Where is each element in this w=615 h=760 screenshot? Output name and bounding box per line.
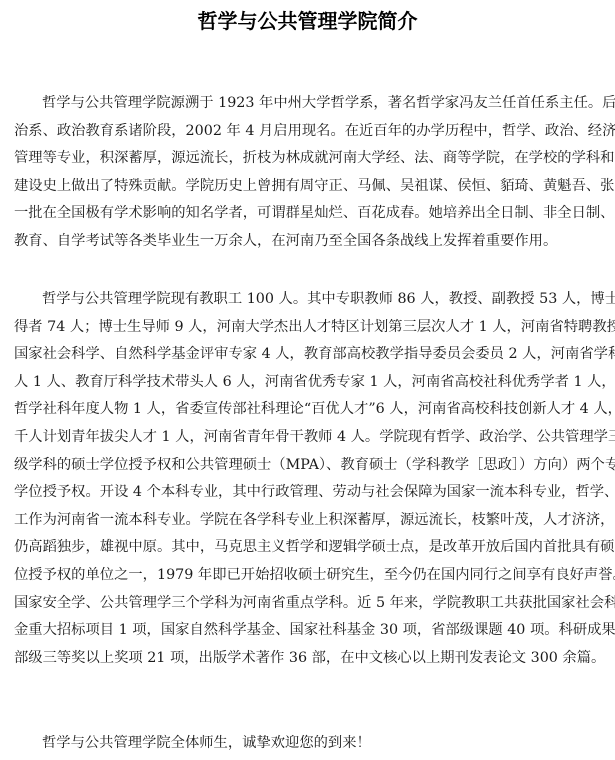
text-line: 国家安全学、公共管理学三个学科为河南省重点学科。近 5 年来，学院教职工共获批国… <box>14 590 604 618</box>
text-line: 哲学与公共管理学院全体师生，诚挚欢迎您的到来！ <box>14 730 604 758</box>
text-line: 学位授予权。开设 4 个本科专业，其中行政管理、劳动与社会保障为国家一流本科专业… <box>14 479 604 507</box>
text-line: 得者 74 人；博士生导师 9 人，河南大学杰出人才特区计划第三层次人才 1 人… <box>14 314 604 342</box>
text-line: 级学科的硕士学位授予权和公共管理硕士（MPA）、教育硕士（学科教学［思政］）方向… <box>14 452 604 480</box>
text-line: 哲学与公共管理学院现有教职工 100 人。其中专职教师 86 人，教授、副教授 … <box>14 286 604 314</box>
text-line: 教育、自学考试等各类毕业生一万余人，在河南乃至全国各条战线上发挥着重要作用。 <box>14 228 604 256</box>
text-line: 人 1 人、教育厅科学技术带头人 6 人，河南省优秀专家 1 人，河南省高校社科… <box>14 369 604 397</box>
text-line: 国家社会科学、自然科学基金评审专家 4 人，教育部高校教学指导委员会委员 2 人… <box>14 341 604 369</box>
text-line: 管理等专业，积深蓄厚，源远流长，折枝为林成就河南大学经、法、商等学院，在学校的学… <box>14 145 604 173</box>
text-line: 哲学社科年度人物 1 人，省委宣传部社科理论“百优人才”6 人，河南省高校科技创… <box>14 396 604 424</box>
text-line: 千人计划青年拔尖人才 1 人，河南省青年骨干教师 4 人。学院现有哲学、政治学、… <box>14 424 604 452</box>
text-line: 建设史上做出了特殊贡献。学院历史上曾拥有周守正、马佩、吴祖谋、侯恒、貊琦、黄魁吾… <box>14 173 604 201</box>
text-line: 治系、政治教育系诸阶段，2002 年 4 月启用现名。在近百年的办学历程中，哲学… <box>14 118 604 146</box>
text-line: 哲学与公共管理学院源溯于 1923 年中州大学哲学系，著名哲学家冯友兰任首任系主… <box>14 90 604 118</box>
paragraph-faculty: 哲学与公共管理学院现有教职工 100 人。其中专职教师 86 人，教授、副教授 … <box>14 286 604 672</box>
text-line: 一批在全国极有学术影响的知名学者，可谓群星灿烂、百花成春。她培养出全日制、非全日… <box>14 200 604 228</box>
text-line: 位授予权的单位之一，1979 年即已开始招收硕士研究生，至今仍在国内同行之间享有… <box>14 562 604 590</box>
page-title: 哲学与公共管理学院简介 <box>0 8 615 34</box>
text-line: 金重大招标项目 1 项，国家自然科学基金、国家社科基金 30 项，省部级课题 4… <box>14 617 604 645</box>
text-line: 部级三等奖以上奖项 21 项，出版学术著作 36 部，在中文核心以上期刊发表论文… <box>14 645 604 673</box>
paragraph-welcome: 哲学与公共管理学院全体师生，诚挚欢迎您的到来！ <box>14 730 604 758</box>
paragraph-history: 哲学与公共管理学院源溯于 1923 年中州大学哲学系，著名哲学家冯友兰任首任系主… <box>14 90 604 256</box>
text-line: 工作为河南省一流本科专业。学院在各学科专业上积深蓄厚，源远流长，枝繁叶茂，人才济… <box>14 507 604 535</box>
text-line: 仍高蹈独步，雄视中原。其中，马克思主义哲学和逻辑学硕士点，是改革开放后国内首批具… <box>14 534 604 562</box>
